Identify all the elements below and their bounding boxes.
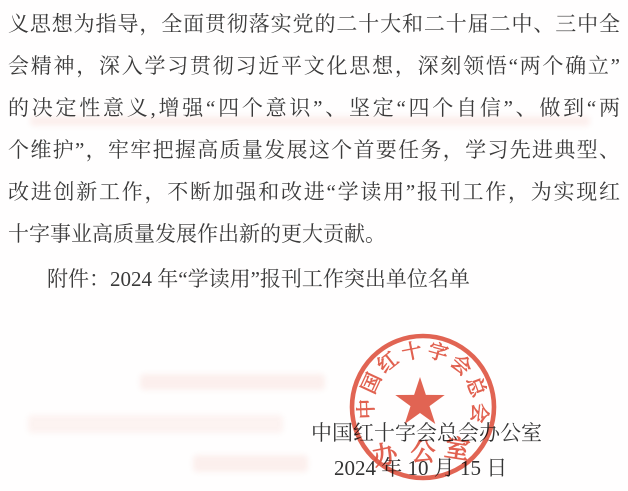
- body-line-4: 个维护”，牢牢把握高质量发展这个首要任务，学习先进典型、: [8, 129, 620, 171]
- seal-star-icon: [395, 377, 444, 424]
- seal-ring-text: 中国红十字会总会: [354, 337, 493, 424]
- svg-text:会: 会: [446, 349, 477, 380]
- body-line-1: 义思想为指导，全面贯彻落实党的二十大和二十届二中、三中全: [8, 3, 620, 45]
- document-page: 义思想为指导，全面贯彻落实党的二十大和二十届二中、三中全 会精神，深入学习贯彻习…: [0, 0, 628, 491]
- svg-text:十: 十: [400, 337, 424, 364]
- signature-line: 中国红十字会总会办公室: [311, 420, 541, 446]
- body-line-3: 的决定性意义,增强“四个意识”、坚定“四个自信”、做到“两: [8, 87, 620, 129]
- svg-text:国: 国: [357, 369, 386, 397]
- bleed-through-mark: [140, 374, 325, 390]
- document-body: 义思想为指导，全面贯彻落实党的二十大和二十届二中、三中全 会精神，深入学习贯彻习…: [8, 3, 620, 255]
- body-line-6: 十字事业高质量发展作出新的更大贡献。: [8, 213, 620, 255]
- body-line-2: 会精神，深入学习贯彻习近平文化思想，深刻领悟“两个确立”: [8, 45, 620, 87]
- svg-text:中: 中: [354, 399, 379, 420]
- svg-text:红: 红: [372, 347, 403, 378]
- attachment-line: 附件：2024 年“学读用”报刊工作突出单位名单: [47, 264, 470, 294]
- bleed-through-mark: [28, 415, 283, 433]
- body-line-5: 改进创新工作，不断加强和改进“学读用”报刊工作，为实现红: [8, 171, 620, 213]
- date-line: 2024 年 10 月 15 日: [334, 455, 507, 481]
- svg-text:总: 总: [461, 373, 491, 401]
- bleed-through-mark: [193, 455, 308, 472]
- svg-text:字: 字: [425, 338, 451, 366]
